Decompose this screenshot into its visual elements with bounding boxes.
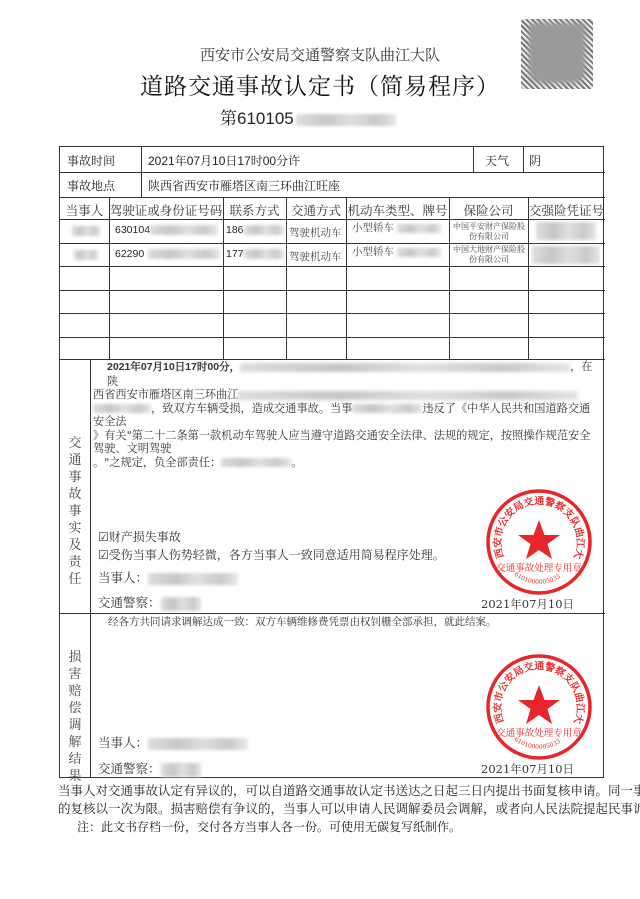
party-2-insurer: 中国大地财产保险股份有限公司 <box>452 245 526 265</box>
redacted-plate <box>397 248 441 257</box>
redacted-text <box>240 363 570 372</box>
weather-value: 阴 <box>529 152 541 169</box>
accident-time-value: 2021年07月10日17时00分许 <box>148 152 300 169</box>
svg-text:交通事故处理专用章: 交通事故处理专用章 <box>496 562 582 574</box>
footer-notice-line2: 的复核以一次为限。损害赔偿有争议的，当事人可以申请人民调解委员会调解，或者向人民… <box>58 799 640 817</box>
facts-section-label: 交通事故事实及责任 <box>67 435 83 555</box>
col-policy-no: 交强险凭证号 <box>528 201 605 219</box>
mediation-text: 经各方共同请求调解达成一致：双方车辆维修费凭票由权钊栅全部承担，就此结案。 <box>108 616 588 630</box>
weather-label: 天气 <box>485 152 509 169</box>
party-2-transport: 驾驶机动车 <box>289 249 342 264</box>
redacted-text <box>93 404 151 413</box>
mediation-officer-signature: 交通警察： <box>98 759 201 777</box>
official-seal-stamp: 西安市公安局交通警察支队曲江大队 交通事故处理专用章 6101000005033 <box>484 652 594 762</box>
redacted-signature <box>161 763 201 777</box>
col-contact: 联系方式 <box>223 201 286 219</box>
document-number-prefix: 第610105 <box>220 109 294 128</box>
redacted-document-number <box>296 114 396 126</box>
mediation-date: 2021年07月10日 <box>481 761 574 777</box>
facts-paragraph: 2021年07月10日17时00分，，在陕 西省西安市雁塔区南三环曲江 ，致双方… <box>93 360 598 469</box>
party-1-vehicle: 小型轿车 <box>352 220 441 235</box>
party-2-id: 62290 <box>115 248 220 260</box>
redacted-plate <box>397 224 441 233</box>
redacted-signature <box>161 597 201 611</box>
col-id-number: 驾驶证或身份证号码 <box>109 201 223 219</box>
party-2-vehicle: 小型轿车 <box>352 244 441 259</box>
footer-note: 注：此文书存档一份，交付各方当事人各一份。可使用无碳复写纸制作。 <box>77 818 461 835</box>
redacted-party-name <box>74 250 98 260</box>
col-party: 当事人 <box>60 201 109 219</box>
facts-officer-signature: 交通警察： <box>98 593 201 611</box>
redacted-id <box>148 249 220 259</box>
checkbox-property-loss: ☑财产损失事故 <box>98 528 181 545</box>
redacted-signature <box>148 738 248 750</box>
col-insurer: 保险公司 <box>449 201 528 219</box>
party-1-id: 630104 <box>115 224 218 236</box>
official-seal-stamp: 西安市公安局交通警察支队曲江大队 交通事故处理专用章 6101000005033 <box>484 487 594 597</box>
svg-text:交通事故处理专用章: 交通事故处理专用章 <box>496 727 582 739</box>
redacted-policy-no <box>532 246 600 264</box>
redacted-party-name <box>72 226 100 236</box>
col-transport: 交通方式 <box>286 201 346 219</box>
col-vehicle: 机动车类型、牌号 <box>346 201 449 219</box>
footer-notice-line1: 当事人对交通事故认定有异议的，可以自道路交通事故认定书送达之日起三日内提出书面复… <box>58 781 640 799</box>
party-1-insurer: 中国平安财产保险股份有限公司 <box>452 222 526 242</box>
facts-date: 2021年07月10日 <box>481 596 574 612</box>
document-number: 第610105 <box>220 104 396 129</box>
checkbox-simple-procedure: ☑受伤当事人伤势轻微，各方当事人一致同意适用简易程序处理。 <box>98 546 445 563</box>
accident-location-label: 事故地点 <box>67 177 115 194</box>
redacted-text <box>238 391 578 400</box>
qr-code-icon <box>521 19 593 89</box>
mediation-section-label: 损害赔偿调解结果 <box>67 649 83 789</box>
document-title: 道路交通事故认定书（简易程序） <box>140 68 500 101</box>
accident-location-value: 陕西省西安市雁塔区南三环曲江旺座 <box>148 177 340 194</box>
party-1-contact: 186 <box>226 224 284 236</box>
redacted-text <box>352 404 422 413</box>
redacted-contact <box>244 249 284 259</box>
redacted-text <box>221 458 291 467</box>
mediation-party-signature: 当事人： <box>98 733 248 751</box>
party-1-transport: 驾驶机动车 <box>289 225 342 240</box>
redacted-contact <box>244 225 284 235</box>
party-2-contact: 177 <box>226 248 284 260</box>
redacted-policy-no <box>536 222 596 240</box>
redacted-id <box>150 225 218 235</box>
redacted-signature <box>148 573 238 585</box>
accident-time-label: 事故时间 <box>67 152 115 169</box>
facts-party-signature: 当事人： <box>98 568 238 586</box>
